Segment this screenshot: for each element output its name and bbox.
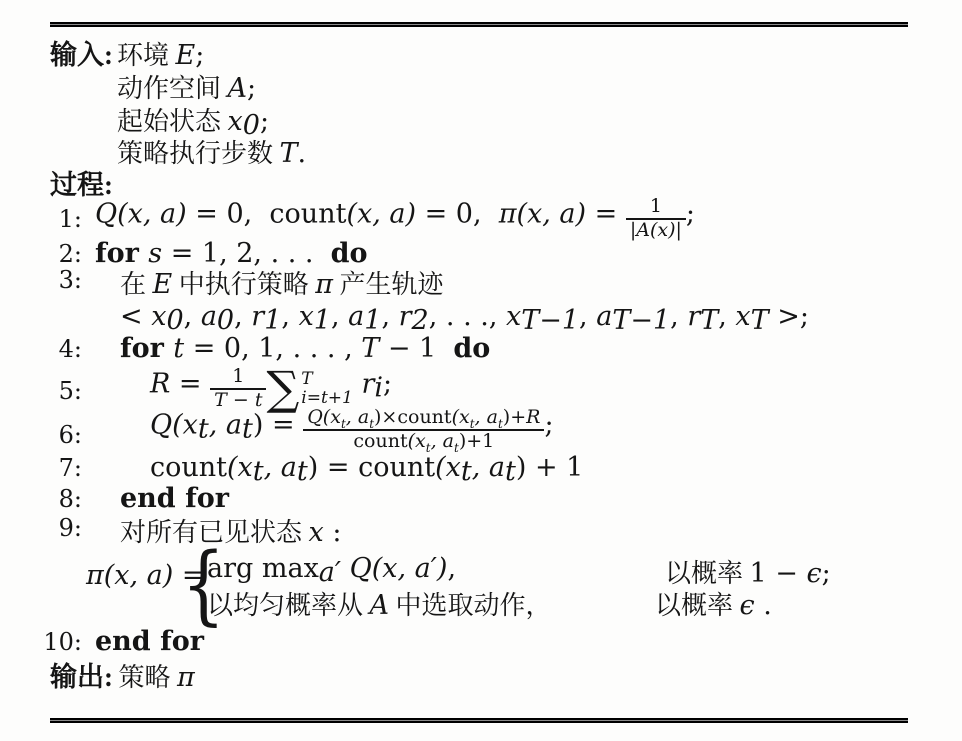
q-update-equation: Q(xt, at) = Q(xt, at)×count(xt, at)+Rcou… <box>150 407 554 453</box>
output-value: 策略 π <box>112 657 195 694</box>
top-rule <box>50 22 908 27</box>
for-t-loop: for t = 0, 1, . . . , T − 1 do <box>120 333 490 364</box>
line-number: 1: <box>40 205 82 233</box>
line-number: 7: <box>40 454 82 482</box>
line-number: 4: <box>40 335 82 363</box>
end-for-outer: end for <box>95 626 204 657</box>
init-expression: Q(x, a) = 0, count(x, a) = 0, π(x, a) = … <box>95 196 695 242</box>
return-equation: R = 1T − t∑Ti=t+1 ri; <box>150 366 392 412</box>
input-line-steps: 策略执行步数 T. <box>117 133 306 170</box>
line-number: 6: <box>40 421 82 449</box>
case-greedy: arg maxa′ Q(x, a′), <box>207 553 456 584</box>
scanned-algorithm-page: { "header": { "input_label": "输入:", "inp… <box>0 0 962 741</box>
line-number: 2: <box>40 240 82 268</box>
trajectory-sequence: < x0, a0, r1, x1, a1, r2, . . ., xT−1, a… <box>120 301 809 332</box>
line-number: 9: <box>40 514 82 542</box>
end-for-inner: end for <box>120 483 229 514</box>
count-update-equation: count(xt, at) = count(xt, at) + 1 <box>150 452 583 483</box>
execute-policy-text: 在 E 中执行策略 π 产生轨迹 <box>120 264 444 301</box>
for-all-seen-states: 对所有已见状态 x : <box>120 512 341 549</box>
case-uniform: 以均匀概率从 A 中选取动作， <box>207 585 552 622</box>
fraction: 1|A(x)| <box>626 196 686 242</box>
policy-update-block: π(x, a) = { arg maxa′ Q(x, a′), 以概率 1 − … <box>0 545 962 627</box>
line-number: 5: <box>40 377 82 405</box>
line-number: 10: <box>40 628 82 656</box>
line-number: 3: <box>40 266 82 294</box>
input-label: 输入: <box>50 33 113 72</box>
output-label: 输出: <box>50 655 113 694</box>
case-uniform-probability: 以概率 ϵ . <box>655 585 772 622</box>
fraction: 1T − t <box>210 366 266 412</box>
line-number: 8: <box>40 485 82 513</box>
input-line-environment: 环境 E; <box>117 35 204 72</box>
bottom-rule <box>50 718 908 723</box>
input-line-action-space: 动作空间 A; <box>117 68 256 105</box>
sum-limits: Ti=t+1 <box>301 370 353 407</box>
fraction: Q(xt, at)×count(xt, at)+Rcount(xt, at)+1 <box>303 407 544 453</box>
input-label-text: 输入: <box>50 40 113 70</box>
